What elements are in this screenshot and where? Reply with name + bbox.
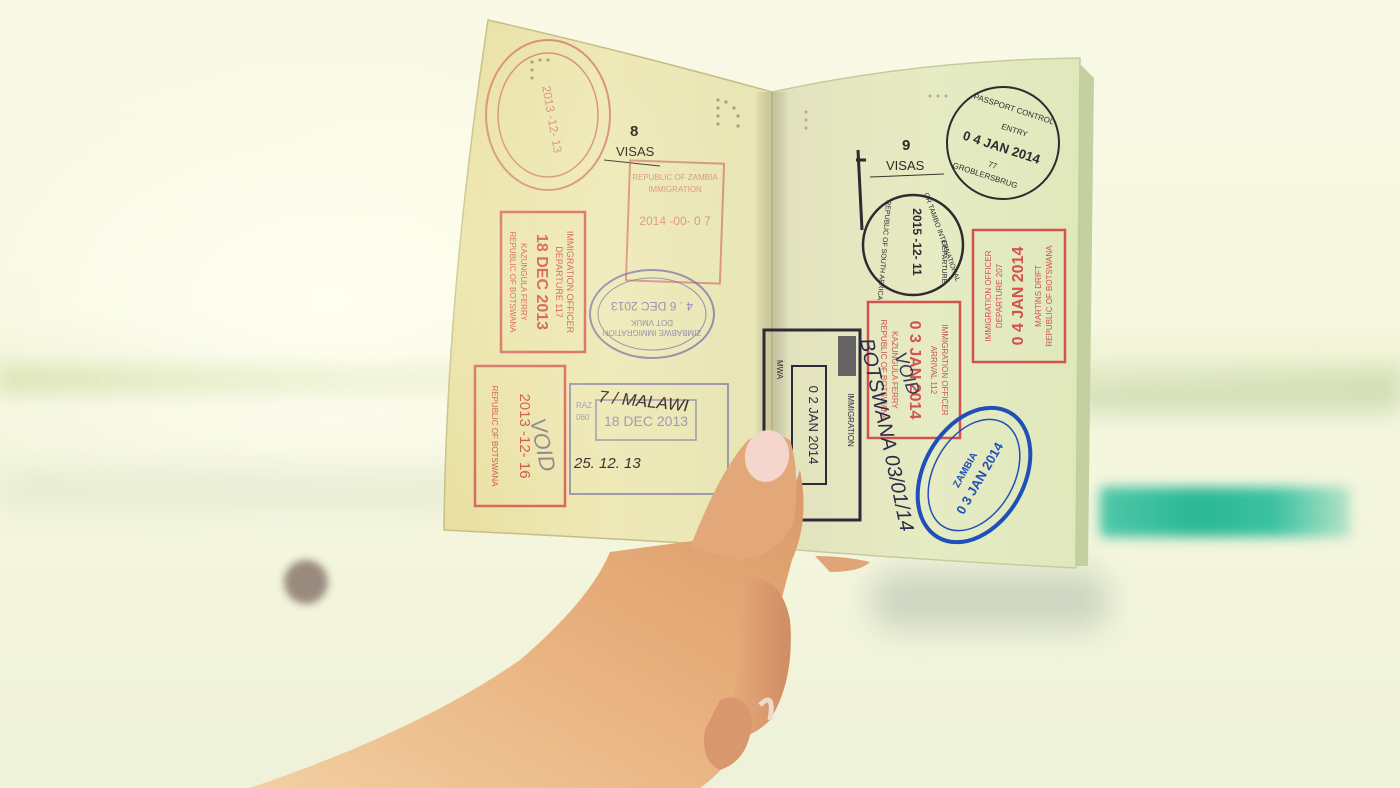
hand-holding-passport [0, 0, 1400, 788]
fingertip-right [815, 556, 870, 572]
